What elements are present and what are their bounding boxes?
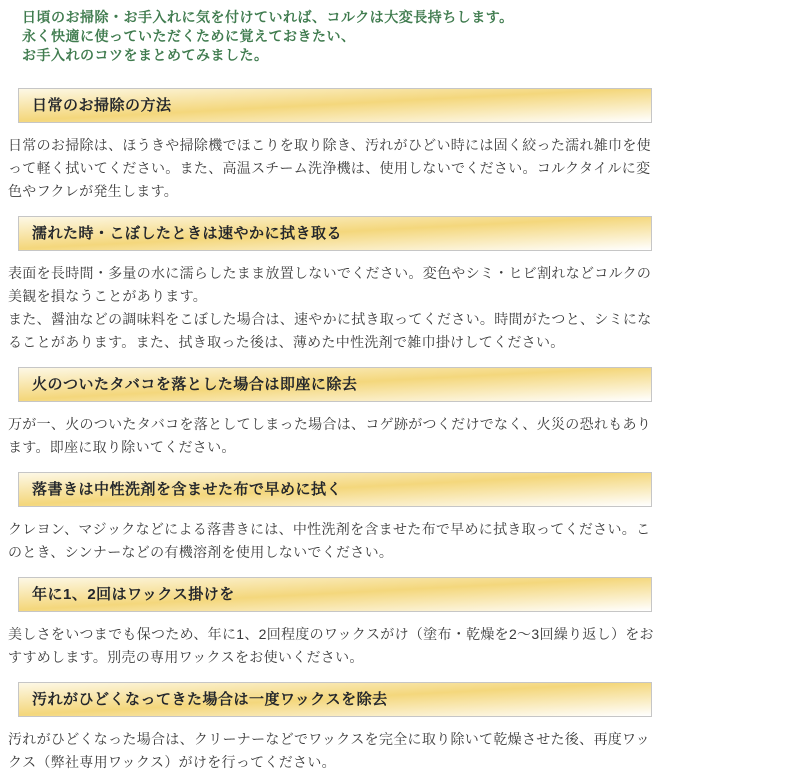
section-heading: 汚れがひどくなってきた場合は一度ワックスを除去 <box>18 682 652 717</box>
section-paragraph: 汚れがひどくなった場合は、クリーナーなどでワックスを完全に取り除いて乾燥させた後… <box>8 728 655 774</box>
section-heading: 年に1、2回はワックス掛けを <box>18 577 652 612</box>
intro-text: 日頃のお掃除・お手入れに気を付けていれば、コルクは大変長持ちします。 永く快適に… <box>22 8 800 65</box>
intro-line: 永く快適に使っていただくために覚えておきたい、 <box>22 27 800 46</box>
section-paragraph: 美しさをいつまでも保つため、年に1、2回程度のワックスがけ（塗布・乾燥を2～3回… <box>8 623 655 669</box>
section-heading: 濡れた時・こぼしたときは速やかに拭き取る <box>18 216 652 251</box>
section-paragraph: また、醤油などの調味料をこぼした場合は、速やかに拭き取ってください。時間がたつと… <box>8 308 655 354</box>
maintenance-care-page: 日頃のお掃除・お手入れに気を付けていれば、コルクは大変長持ちします。 永く快適に… <box>0 0 800 774</box>
section-body: クレヨン、マジックなどによる落書きには、中性洗剤を含ませた布で早めに拭き取ってく… <box>8 518 655 564</box>
section-body: 日常のお掃除は、ほうきや掃除機でほこりを取り除き、汚れがひどい時には固く絞った濡… <box>8 134 655 203</box>
intro-line: お手入れのコツをまとめてみました。 <box>22 46 800 65</box>
section-paragraph: クレヨン、マジックなどによる落書きには、中性洗剤を含ませた布で早めに拭き取ってく… <box>8 518 655 564</box>
section-body: 汚れがひどくなった場合は、クリーナーなどでワックスを完全に取り除いて乾燥させた後… <box>8 728 655 774</box>
section-body: 美しさをいつまでも保つため、年に1、2回程度のワックスがけ（塗布・乾燥を2～3回… <box>8 623 655 669</box>
section-graffiti: 落書きは中性洗剤を含ませた布で早めに拭く クレヨン、マジックなどによる落書きには… <box>0 472 800 564</box>
section-wax-removal: 汚れがひどくなってきた場合は一度ワックスを除去 汚れがひどくなった場合は、クリー… <box>0 682 800 774</box>
section-wipe-spills: 濡れた時・こぼしたときは速やかに拭き取る 表面を長時間・多量の水に濡らしたまま放… <box>0 216 800 354</box>
section-cigarette: 火のついたタバコを落とした場合は即座に除去 万が一、火のついたタバコを落としてし… <box>0 367 800 459</box>
section-paragraph: 万が一、火のついたタバコを落としてしまった場合は、コゲ跡がつくだけでなく、火災の… <box>8 413 655 459</box>
section-body: 表面を長時間・多量の水に濡らしたまま放置しないでください。変色やシミ・ヒビ割れな… <box>8 262 655 354</box>
intro-line: 日頃のお掃除・お手入れに気を付けていれば、コルクは大変長持ちします。 <box>22 8 800 27</box>
section-heading: 火のついたタバコを落とした場合は即座に除去 <box>18 367 652 402</box>
section-body: 万が一、火のついたタバコを落としてしまった場合は、コゲ跡がつくだけでなく、火災の… <box>8 413 655 459</box>
section-paragraph: 日常のお掃除は、ほうきや掃除機でほこりを取り除き、汚れがひどい時には固く絞った濡… <box>8 134 655 203</box>
section-heading: 落書きは中性洗剤を含ませた布で早めに拭く <box>18 472 652 507</box>
section-daily-cleaning: 日常のお掃除の方法 日常のお掃除は、ほうきや掃除機でほこりを取り除き、汚れがひど… <box>0 88 800 203</box>
section-heading: 日常のお掃除の方法 <box>18 88 652 123</box>
section-paragraph: 表面を長時間・多量の水に濡らしたまま放置しないでください。変色やシミ・ヒビ割れな… <box>8 262 655 308</box>
section-waxing: 年に1、2回はワックス掛けを 美しさをいつまでも保つため、年に1、2回程度のワッ… <box>0 577 800 669</box>
